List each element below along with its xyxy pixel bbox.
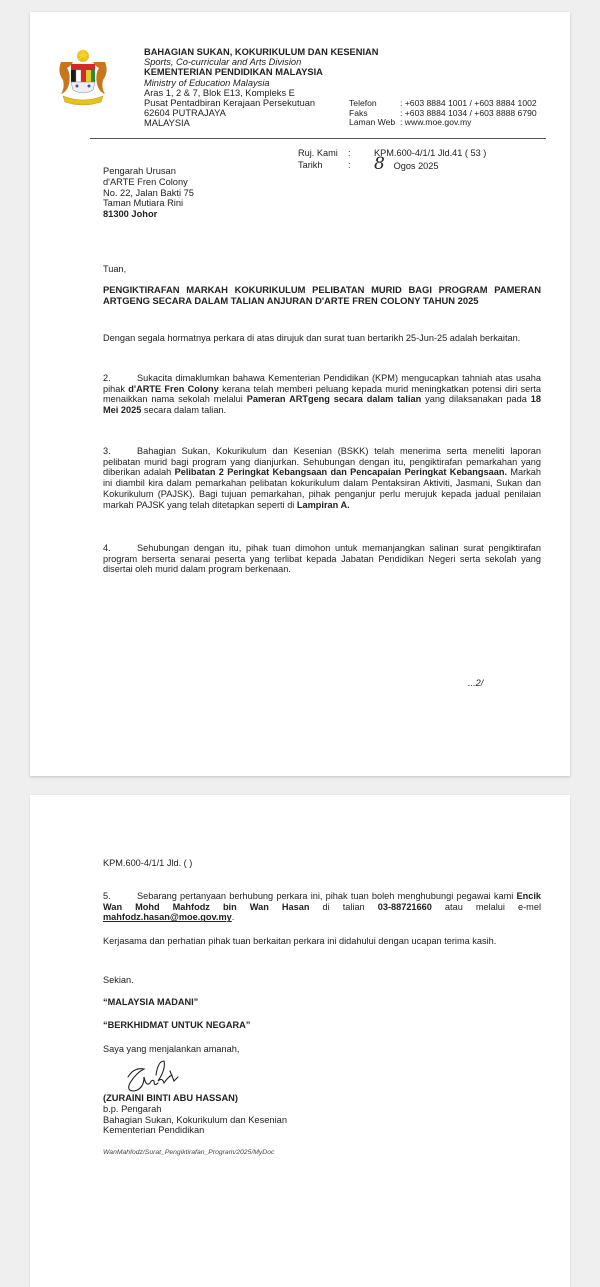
paragraph-5: 5.Sebarang pertanyaan berhubung perkara … xyxy=(103,891,541,923)
contact-website: Laman Web : www.moe.gov.my xyxy=(349,118,537,128)
date-day-handwritten: 8 xyxy=(374,159,391,169)
letter-subject: PENGIKTIRAFAN MARKAH KOKURIKULUM PELIBAT… xyxy=(103,285,541,307)
colon: : xyxy=(338,148,374,159)
text: yang dilaksanakan pada xyxy=(421,394,531,404)
appendix-reference: Lampiran A. xyxy=(297,500,350,510)
text: di talian xyxy=(309,902,377,912)
text: . xyxy=(232,912,235,922)
signatory-name: (ZURAINI BINTI ABU HASSAN) xyxy=(103,1093,287,1104)
text: secara dalam talian. xyxy=(141,405,226,415)
closing-trust: Saya yang menjalankan amanah, xyxy=(103,1044,239,1055)
recognition-level: Pelibatan 2 Peringkat Kebangsaan dan Pen… xyxy=(175,467,507,477)
page2-reference: KPM.600-4/1/1 Jld. ( ) xyxy=(103,858,192,869)
signatory-title: b.p. Pengarah xyxy=(103,1104,287,1115)
handwritten-signature-icon xyxy=(122,1057,192,1095)
ref-number: KPM.600-4/1/1 Jld.41 ( 53 ) xyxy=(374,148,486,159)
date-month-year: Ogos 2025 xyxy=(394,161,439,171)
paragraph-number: 3. xyxy=(103,446,137,457)
text: Sehubungan dengan itu, pihak tuan dimoho… xyxy=(103,543,541,574)
slogan-malaysia-madani: “MALAYSIA MADANI” xyxy=(103,997,198,1008)
organizer-name: d'ARTE Fren Colony xyxy=(128,384,218,394)
ministry-name: KEMENTERIAN PENDIDIKAN MALAYSIA xyxy=(144,67,379,77)
closing: Sekian. xyxy=(103,975,134,986)
document-file-path: WanMahfodz/Surat_Pengiktirafan_Program/2… xyxy=(103,1149,274,1156)
salutation: Tuan, xyxy=(103,264,126,275)
paragraph-4: 4.Sehubungan dengan itu, pihak tuan dimo… xyxy=(103,543,541,575)
text: atau melalui e-mel xyxy=(432,902,541,912)
header-divider xyxy=(90,138,546,139)
contact-email-link[interactable]: mahfodz.hasan@moe.gov.my xyxy=(103,912,232,922)
address-line: Pusat Pentadbiran Kerajaan Persekutuan xyxy=(144,98,379,108)
malaysia-coat-of-arms-icon xyxy=(57,46,109,112)
letterhead-contacts: Telefon : +603 8884 1001 / +603 8884 100… xyxy=(349,99,537,128)
address-line: Aras 1, 2 & 7, Blok E13, Kompleks E xyxy=(144,88,379,98)
paragraph-1: Dengan segala hormatnya perkara di atas … xyxy=(103,333,541,344)
ref-label: Ruj. Kami xyxy=(298,148,338,159)
ministry-name-en: Ministry of Education Malaysia xyxy=(144,78,379,88)
reference-block: Ruj. Kami : KPM.600-4/1/1 Jld.41 ( 53 ) … xyxy=(298,148,486,172)
paragraph-number: 5. xyxy=(103,891,137,902)
letter-page-2: KPM.600-4/1/1 Jld. ( ) 5.Sebarang pertan… xyxy=(30,795,570,1287)
address-line: 62604 PUTRAJAYA xyxy=(144,108,379,118)
contact-value[interactable]: : www.moe.gov.my xyxy=(400,118,537,128)
signatory-division: Bahagian Sukan, Kokurikulum dan Kesenian xyxy=(103,1115,287,1126)
recipient-line: d'ARTE Fren Colony xyxy=(103,177,194,188)
page-continuation: ...2/ xyxy=(468,678,483,689)
letterhead-organization: BAHAGIAN SUKAN, KOKURIKULUM DAN KESENIAN… xyxy=(144,47,379,129)
paragraph-number: 2. xyxy=(103,373,137,384)
paragraph-number: 4. xyxy=(103,543,137,554)
letter-page-1: BAHAGIAN SUKAN, KOKURIKULUM DAN KESENIAN… xyxy=(30,12,570,776)
program-name: Pameran ARTgeng secara dalam talian xyxy=(247,394,422,404)
division-name-en: Sports, Co-curricular and Arts Division xyxy=(144,57,379,67)
date-label: Tarikh xyxy=(298,159,338,172)
contact-label: Laman Web xyxy=(349,118,400,128)
contact-phone-number: 03-88721660 xyxy=(378,902,432,912)
recipient-postcode: 81300 Johor xyxy=(103,209,194,220)
slogan-berkhidmat: “BERKHIDMAT UNTUK NEGARA” xyxy=(103,1020,250,1031)
signatory-ministry: Kementerian Pendidikan xyxy=(103,1125,287,1136)
address-line: MALAYSIA xyxy=(144,118,379,128)
paragraph-2: 2.Sukacita dimaklumkan bahawa Kementeria… xyxy=(103,373,541,416)
paragraph-3: 3.Bahagian Sukan, Kokurikulum dan Keseni… xyxy=(103,446,541,510)
recipient-line: Taman Mutiara Rini xyxy=(103,198,194,209)
division-name: BAHAGIAN SUKAN, KOKURIKULUM DAN KESENIAN xyxy=(144,47,379,57)
recipient-address: Pengarah Urusan d'ARTE Fren Colony No. 2… xyxy=(103,166,194,220)
text: Sebarang pertanyaan berhubung perkara in… xyxy=(137,891,516,901)
recipient-line: No. 22, Jalan Bakti 75 xyxy=(103,188,194,199)
recipient-line: Pengarah Urusan xyxy=(103,166,194,177)
paragraph-6: Kerjasama dan perhatian pihak tuan berka… xyxy=(103,936,541,947)
date-value: 8 Ogos 2025 xyxy=(374,159,486,172)
signatory-block: (ZURAINI BINTI ABU HASSAN) b.p. Pengarah… xyxy=(103,1093,287,1136)
colon: : xyxy=(338,159,374,172)
